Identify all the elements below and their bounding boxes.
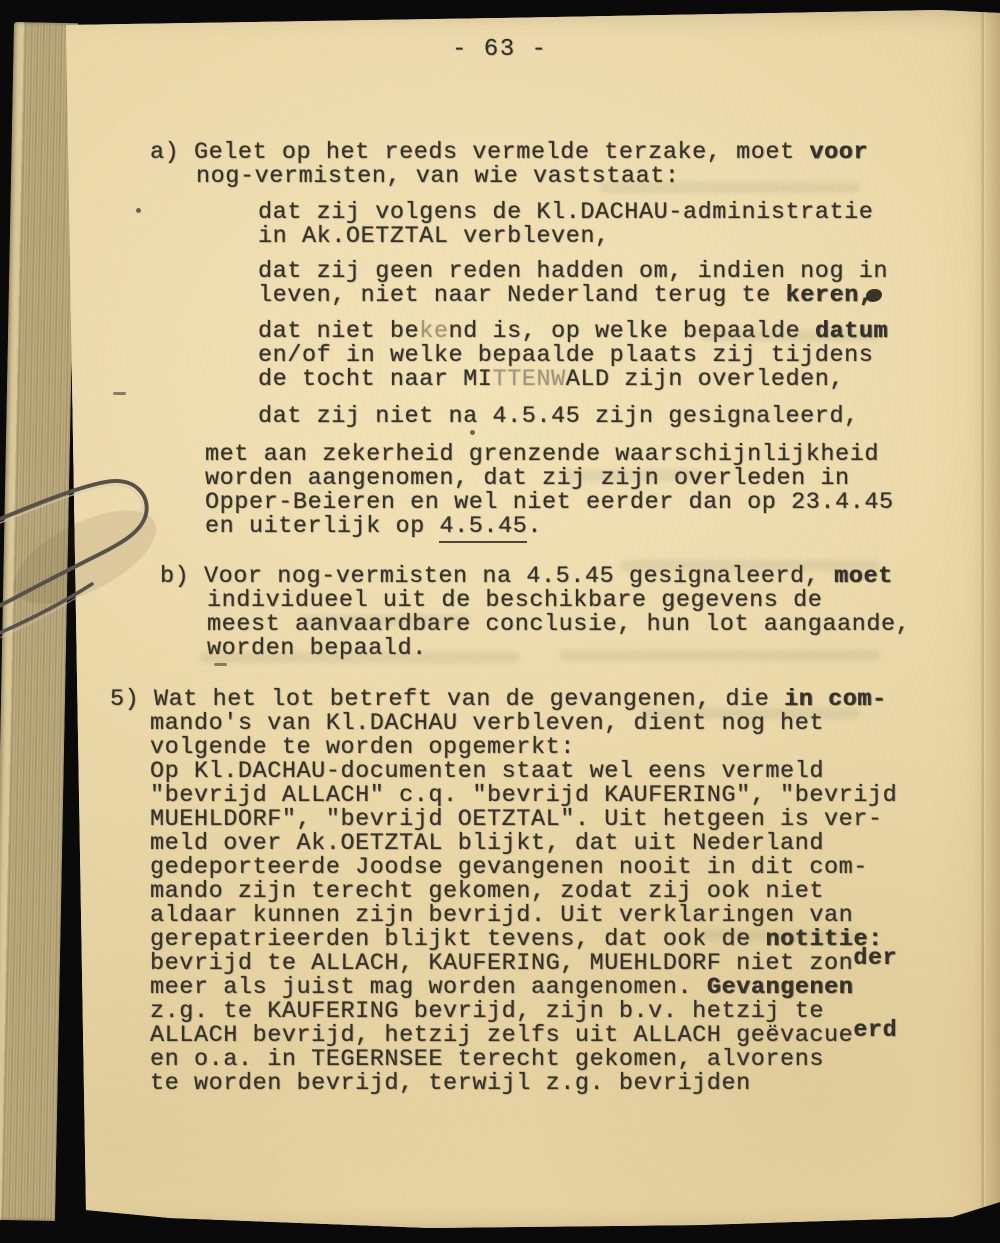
text-segment: mando's van Kl.DACHAU verbleven, dient n… — [150, 710, 824, 737]
text-line: leven, niet naar Nederland terug te kere… — [258, 284, 873, 308]
text-line: en o.a. in TEGERNSEE terecht gekomen, al… — [150, 1048, 824, 1072]
text-segment: meer als juist mag worden aangenomen. — [150, 974, 707, 1001]
text-segment: Opper-Beieren en wel niet eerder dan op … — [205, 489, 894, 516]
text-segment: Op Kl.DACHAU-documenten staat wel eens v… — [150, 758, 824, 785]
text-line: in Ak.OETZTAL verbleven, — [258, 225, 610, 249]
text-segment: te worden bevrijd, terwijl z.g. bevrijde… — [150, 1070, 751, 1097]
text-line: dat niet bekend is, op welke bepaalde da… — [258, 320, 888, 344]
text-segment: nog-vermisten, van wie vaststaat: — [196, 163, 680, 190]
text-line: dat zij niet na 4.5.45 zijn gesignaleerd… — [258, 405, 859, 429]
text-line: worden aangenomen, dat zij zijn overlede… — [205, 467, 850, 491]
text-segment: erd — [853, 1017, 897, 1044]
text-segment: voor — [809, 139, 868, 166]
scanned-page: - 63 - a) Gelet op het reeds vermelde te… — [0, 0, 1000, 1243]
text-segment: der — [853, 945, 897, 972]
text-line: meest aanvaardbare conclusie, hun lot aa… — [207, 613, 910, 637]
text-segment: ALLACH bevrijd, hetzij zelfs uit ALLACH … — [150, 1022, 853, 1049]
text-segment: de tocht naar MI — [258, 366, 492, 393]
text-line: "bevrijd ALLACH" c.q. "bevrijd KAUFERING… — [150, 784, 897, 808]
text-segment: 4.5.45 — [439, 513, 527, 543]
text-line: met aan zekerheid grenzende waarschijnli… — [205, 443, 879, 467]
text-segment: individueel uit de beschikbare gegevens … — [207, 587, 822, 614]
text-segment: keren, — [785, 282, 873, 309]
text-segment: worden bepaald. — [207, 635, 427, 662]
ink-dash — [214, 663, 227, 666]
text-segment: nd is, op welke bepaalde — [449, 318, 815, 345]
text-line: volgende te worden opgemerkt: — [150, 736, 575, 760]
text-segment: meld over Ak.OETZTAL blijkt, dat uit Ned… — [150, 830, 824, 857]
text-segment: datum — [815, 318, 888, 345]
text-line: Opper-Beieren en wel niet eerder dan op … — [205, 491, 894, 515]
book-page-stack-edge — [0, 22, 78, 1221]
text-line: aldaar kunnen zijn bevrijd. Uit verklari… — [150, 904, 853, 928]
text-segment: z.g. te KAUFERING bevrijd, zijn b.v. het… — [150, 998, 824, 1025]
text-line: meld over Ak.OETZTAL blijkt, dat uit Ned… — [150, 832, 824, 856]
text-line: gerepatrieerden blijkt tevens, dat ook d… — [150, 928, 883, 952]
text-line: mando zijn terecht gekomen, zodat zij oo… — [150, 880, 824, 904]
text-segment: en uiterlijk op — [205, 513, 439, 540]
text-segment: dat zij niet na 4.5.45 zijn gesignaleerd… — [258, 403, 859, 430]
text-line: Op Kl.DACHAU-documenten staat wel eens v… — [150, 760, 824, 784]
text-segment: worden aangenomen, dat zij zijn overlede… — [205, 465, 850, 492]
text-line: MUEHLDORF", "bevrijd OETZTAL". Uit hetge… — [150, 808, 883, 832]
text-line: b) Voor nog-vermisten na 4.5.45 gesignal… — [160, 565, 893, 589]
text-segment: in Ak.OETZTAL verbleven, — [258, 223, 610, 250]
text-segment: mando zijn terecht gekomen, zodat zij oo… — [150, 878, 824, 905]
page-crease — [981, 12, 986, 1208]
text-segment: . — [527, 513, 542, 540]
text-line: te worden bevrijd, terwijl z.g. bevrijde… — [150, 1072, 751, 1096]
text-line: meer als juist mag worden aangenomen. Ge… — [150, 976, 853, 1000]
text-segment: meest aanvaardbare conclusie, hun lot aa… — [207, 611, 910, 638]
text-segment: gedeporteerde Joodse gevangenen nooit in… — [150, 854, 868, 881]
ink-dot — [470, 430, 475, 435]
text-line: dat zij volgens de Kl.DACHAU-administrat… — [258, 201, 873, 225]
text-line: ALLACH bevrijd, hetzij zelfs uit ALLACH … — [150, 1024, 897, 1048]
bleed-through-smudge — [560, 650, 880, 661]
text-line: 5) Wat het lot betreft van de gevangenen… — [110, 688, 887, 712]
text-segment: Gevangenen — [707, 974, 854, 1001]
text-segment: dat niet be — [258, 318, 419, 345]
text-segment: TTENW — [492, 366, 565, 393]
text-line: en/of in welke bepaalde plaats zij tijde… — [258, 344, 873, 368]
ink-dash — [113, 392, 126, 395]
text-segment: bevrijd te ALLACH, KAUFERING, MUEHLDORF … — [150, 950, 853, 977]
text-segment: ALD zijn overleden, — [566, 366, 844, 393]
text-segment: leven, niet naar Nederland terug te — [258, 282, 785, 309]
text-line: mando's van Kl.DACHAU verbleven, dient n… — [150, 712, 824, 736]
text-segment: en/of in welke bepaalde plaats zij tijde… — [258, 342, 873, 369]
text-line: gedeporteerde Joodse gevangenen nooit in… — [150, 856, 868, 880]
text-line: z.g. te KAUFERING bevrijd, zijn b.v. het… — [150, 1000, 824, 1024]
text-segment: dat zij volgens de Kl.DACHAU-administrat… — [258, 199, 873, 226]
text-segment: 5) Wat het lot betreft van de gevangenen… — [110, 686, 784, 713]
text-segment: b) Voor nog-vermisten na 4.5.45 gesignal… — [160, 563, 834, 590]
text-line: individueel uit de beschikbare gegevens … — [207, 589, 822, 613]
text-segment: a) Gelet op het reeds vermelde terzake, … — [150, 139, 809, 166]
text-line: dat zij geen reden hadden om, indien nog… — [258, 260, 888, 284]
text-line: a) Gelet op het reeds vermelde terzake, … — [150, 141, 868, 165]
text-segment: met aan zekerheid grenzende waarschijnli… — [205, 441, 879, 468]
text-line: de tocht naar MITTENWALD zijn overleden, — [258, 368, 844, 392]
text-segment: en o.a. in TEGERNSEE terecht gekomen, al… — [150, 1046, 824, 1073]
text-segment: dat zij geen reden hadden om, indien nog… — [258, 258, 888, 285]
text-line: bevrijd te ALLACH, KAUFERING, MUEHLDORF … — [150, 952, 897, 976]
text-line: nog-vermisten, van wie vaststaat: — [196, 165, 680, 189]
text-segment: "bevrijd ALLACH" c.q. "bevrijd KAUFERING… — [150, 782, 897, 809]
text-segment: volgende te worden opgemerkt: — [150, 734, 575, 761]
text-segment: aldaar kunnen zijn bevrijd. Uit verklari… — [150, 902, 853, 929]
text-segment: moet — [834, 563, 893, 590]
text-segment: gerepatrieerden blijkt tevens, dat ook d… — [150, 926, 765, 953]
text-line: en uiterlijk op 4.5.45. — [205, 515, 542, 539]
text-line: worden bepaald. — [207, 637, 427, 661]
text-segment: ke — [419, 318, 448, 345]
text-segment: MUEHLDORF", "bevrijd OETZTAL". Uit hetge… — [150, 806, 883, 833]
ink-dot — [136, 208, 141, 213]
page-number: - 63 - — [452, 36, 547, 63]
text-segment: in com- — [784, 686, 887, 713]
